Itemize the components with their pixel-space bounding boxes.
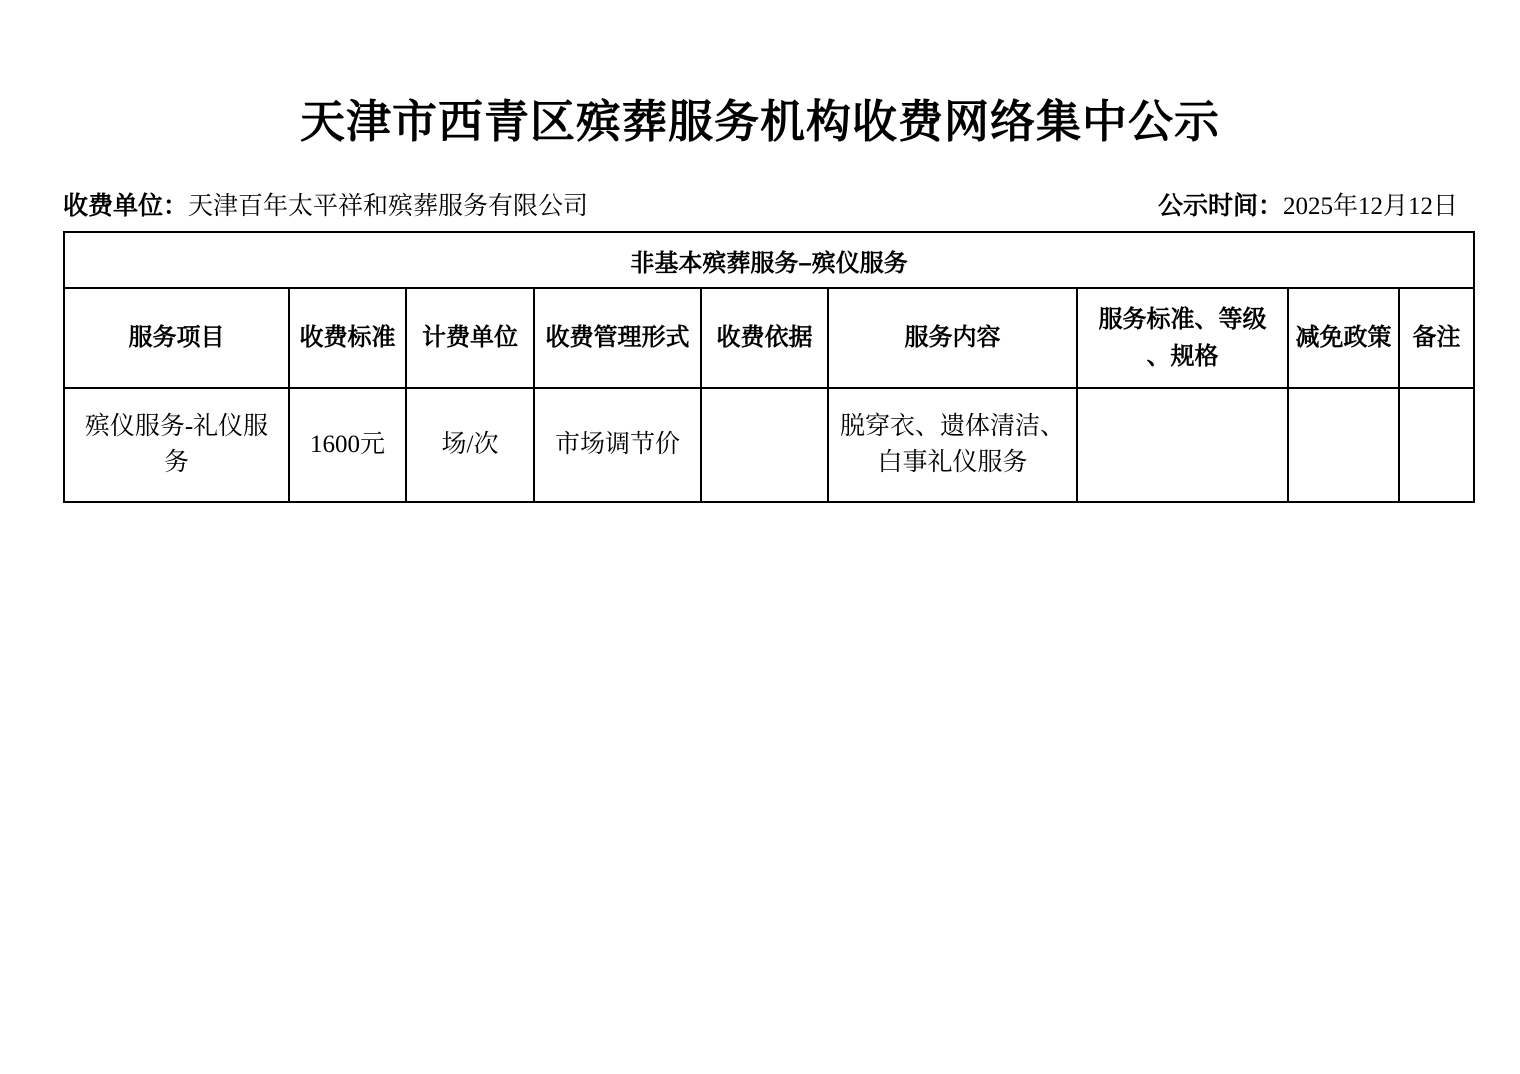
cell-fee-standard: 1600元 [289,388,406,502]
page-title: 天津市西青区殡葬服务机构收费网络集中公示 [0,0,1520,153]
table-header-row: 服务项目 收费标准 计费单位 收费管理形式 收费依据 服务内容 服务标准、等级、… [64,288,1474,388]
cell-billing-unit: 场/次 [406,388,534,502]
charging-unit-line: 收费单位：天津百年太平祥和殡葬服务有限公司 [63,191,588,222]
cell-reduction-policy [1288,388,1399,502]
section-title: 非基本殡葬服务–殡仪服务 [64,232,1474,288]
publish-time-label: 公示时间： [1158,192,1283,220]
table-row: 殡仪服务-礼仪服务 1600元 场/次 市场调节价 脱穿衣、遗体清洁、白事礼仪服… [64,388,1474,502]
info-row: 收费单位：天津百年太平祥和殡葬服务有限公司 公示时间：2025年12月12日 [63,191,1458,222]
cell-fee-basis [701,388,828,502]
cell-remarks [1399,388,1474,502]
cell-fee-management: 市场调节价 [534,388,701,502]
publish-time-line: 公示时间：2025年12月12日 [1158,191,1458,222]
col-header-remarks: 备注 [1399,288,1474,388]
col-header-fee-management: 收费管理形式 [534,288,701,388]
col-header-reduction-policy: 减免政策 [1288,288,1399,388]
col-header-standard-grade-spec: 服务标准、等级、规格 [1077,288,1288,388]
publish-time-value: 2025年12月12日 [1283,193,1458,220]
col-header-service-content: 服务内容 [828,288,1077,388]
col-header-service-item: 服务项目 [64,288,289,388]
document-page: 天津市西青区殡葬服务机构收费网络集中公示 收费单位：天津百年太平祥和殡葬服务有限… [0,0,1520,1074]
col-header-billing-unit: 计费单位 [406,288,534,388]
cell-service-content: 脱穿衣、遗体清洁、白事礼仪服务 [828,388,1077,502]
cell-service-item: 殡仪服务-礼仪服务 [64,388,289,502]
table-section-row: 非基本殡葬服务–殡仪服务 [64,232,1474,288]
cell-standard-grade-spec [1077,388,1288,502]
fee-table: 非基本殡葬服务–殡仪服务 服务项目 收费标准 计费单位 收费管理形式 收费依据 … [63,231,1475,503]
col-header-fee-standard: 收费标准 [289,288,406,388]
charging-unit-value: 天津百年太平祥和殡葬服务有限公司 [188,193,588,220]
col-header-fee-basis: 收费依据 [701,288,828,388]
charging-unit-label: 收费单位： [63,192,188,220]
